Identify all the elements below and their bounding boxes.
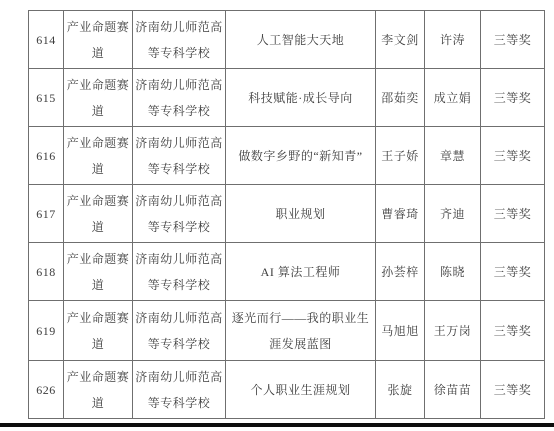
cell-school: 济南幼儿师范高等专科学校 xyxy=(133,69,226,127)
cell-track: 产业命题赛道 xyxy=(64,185,133,243)
cell-serial-number: 626 xyxy=(29,361,64,419)
cell-award: 三等奖 xyxy=(481,185,545,243)
cell-name-1: 王子娇 xyxy=(376,127,425,185)
table-row: 616 产业命题赛道 济南幼儿师范高等专科学校 做数字乡野的“新知青” 王子娇 … xyxy=(29,127,545,185)
cell-name-1: 邵茹奕 xyxy=(376,69,425,127)
cell-project: AI 算法工程师 xyxy=(226,243,376,301)
cell-track: 产业命题赛道 xyxy=(64,127,133,185)
cell-name-1: 马旭旭 xyxy=(376,301,425,361)
cell-name-2: 许涛 xyxy=(425,11,481,69)
table-row: 615 产业命题赛道 济南幼儿师范高等专科学校 科技赋能·成长导向 邵茹奕 成立… xyxy=(29,69,545,127)
cell-track: 产业命题赛道 xyxy=(64,11,133,69)
bottom-divider xyxy=(0,423,554,427)
cell-project: 个人职业生涯规划 xyxy=(226,361,376,419)
cell-name-2: 齐迪 xyxy=(425,185,481,243)
table-row: 614 产业命题赛道 济南幼儿师范高等专科学校 人工智能大天地 李文剑 许涛 三… xyxy=(29,11,545,69)
cell-award: 三等奖 xyxy=(481,243,545,301)
award-results-table: 614 产业命题赛道 济南幼儿师范高等专科学校 人工智能大天地 李文剑 许涛 三… xyxy=(28,10,545,419)
table-row: 618 产业命题赛道 济南幼儿师范高等专科学校 AI 算法工程师 孙荟梓 陈晓 … xyxy=(29,243,545,301)
cell-project: 做数字乡野的“新知青” xyxy=(226,127,376,185)
table-row: 619 产业命题赛道 济南幼儿师范高等专科学校 逐光而行——我的职业生涯发展蓝图… xyxy=(29,301,545,361)
cell-serial-number: 619 xyxy=(29,301,64,361)
cell-serial-number: 614 xyxy=(29,11,64,69)
cell-track: 产业命题赛道 xyxy=(64,361,133,419)
table-row: 617 产业命题赛道 济南幼儿师范高等专科学校 职业规划 曹睿琦 齐迪 三等奖 xyxy=(29,185,545,243)
cell-track: 产业命题赛道 xyxy=(64,301,133,361)
cell-track: 产业命题赛道 xyxy=(64,243,133,301)
cell-award: 三等奖 xyxy=(481,69,545,127)
table-row: 626 产业命题赛道 济南幼儿师范高等专科学校 个人职业生涯规划 张旋 徐苗苗 … xyxy=(29,361,545,419)
cell-name-1: 李文剑 xyxy=(376,11,425,69)
cell-award: 三等奖 xyxy=(481,11,545,69)
cell-name-2: 陈晓 xyxy=(425,243,481,301)
cell-name-1: 曹睿琦 xyxy=(376,185,425,243)
cell-award: 三等奖 xyxy=(481,127,545,185)
cell-school: 济南幼儿师范高等专科学校 xyxy=(133,361,226,419)
cell-school: 济南幼儿师范高等专科学校 xyxy=(133,185,226,243)
cell-track: 产业命题赛道 xyxy=(64,69,133,127)
cell-name-2: 章慧 xyxy=(425,127,481,185)
cell-name-1: 张旋 xyxy=(376,361,425,419)
cell-name-2: 成立娟 xyxy=(425,69,481,127)
cell-school: 济南幼儿师范高等专科学校 xyxy=(133,11,226,69)
cell-project: 逐光而行——我的职业生涯发展蓝图 xyxy=(226,301,376,361)
cell-school: 济南幼儿师范高等专科学校 xyxy=(133,127,226,185)
document-page: 614 产业命题赛道 济南幼儿师范高等专科学校 人工智能大天地 李文剑 许涛 三… xyxy=(0,0,554,431)
cell-name-2: 徐苗苗 xyxy=(425,361,481,419)
cell-name-1: 孙荟梓 xyxy=(376,243,425,301)
cell-project: 职业规划 xyxy=(226,185,376,243)
cell-project: 人工智能大天地 xyxy=(226,11,376,69)
cell-school: 济南幼儿师范高等专科学校 xyxy=(133,243,226,301)
cell-project: 科技赋能·成长导向 xyxy=(226,69,376,127)
cell-serial-number: 617 xyxy=(29,185,64,243)
cell-name-2: 王万岗 xyxy=(425,301,481,361)
cell-serial-number: 615 xyxy=(29,69,64,127)
cell-school: 济南幼儿师范高等专科学校 xyxy=(133,301,226,361)
cell-serial-number: 616 xyxy=(29,127,64,185)
cell-award: 三等奖 xyxy=(481,301,545,361)
cell-award: 三等奖 xyxy=(481,361,545,419)
cell-serial-number: 618 xyxy=(29,243,64,301)
